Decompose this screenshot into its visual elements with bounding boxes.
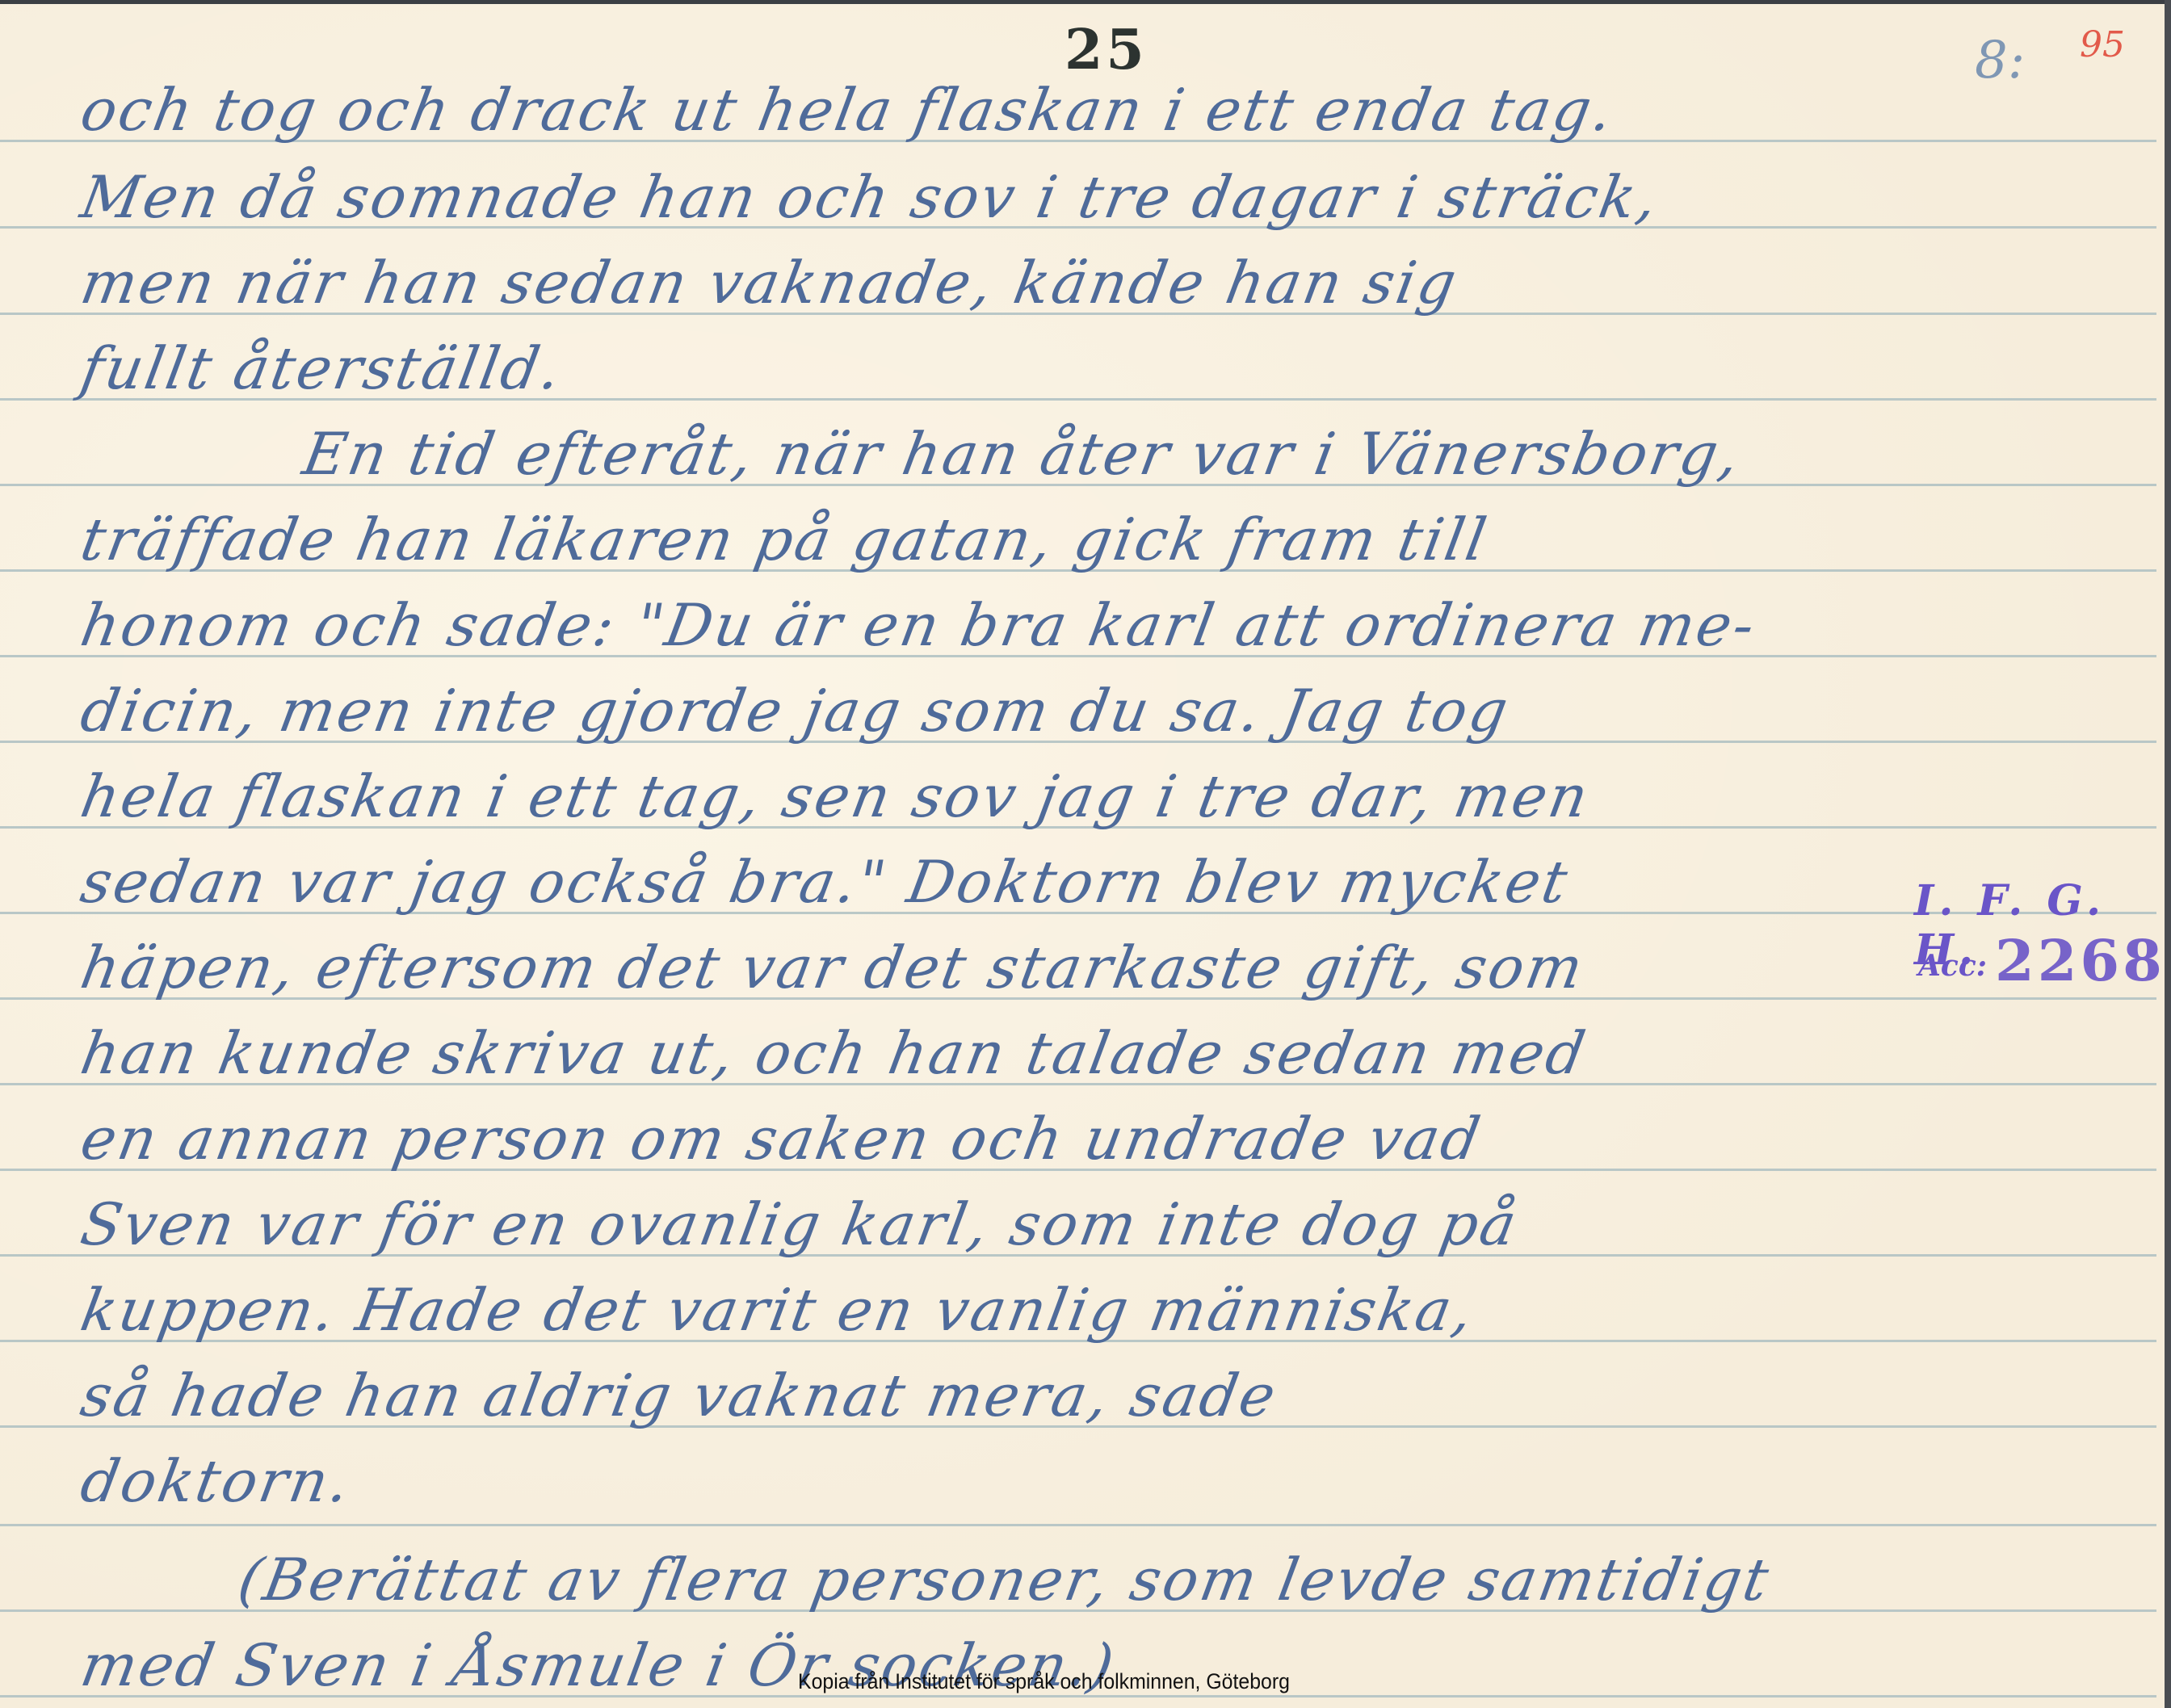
handwritten-line: Sven var för en ovanlig karl, som inte d… bbox=[77, 1195, 1522, 1253]
archive-mark: 8: bbox=[1975, 31, 2025, 90]
rule-line bbox=[0, 1524, 2156, 1526]
handwritten-line: (Berättat av flera personer, som levde s… bbox=[234, 1551, 1775, 1609]
handwritten-line: Men då somnade han och sov i tre dagar i… bbox=[77, 168, 1664, 226]
handwritten-line: sedan var jag också bra." Doktorn blev m… bbox=[77, 853, 1573, 911]
handwritten-line: en annan person om saken och undrade vad bbox=[77, 1110, 1486, 1168]
handwritten-line: och tog och drack ut hela flaskan i ett … bbox=[77, 81, 1619, 139]
handwritten-line: En tid efteråt, när han åter var i Väner… bbox=[299, 425, 1746, 483]
handwritten-line: men när han sedan vaknade, kände han sig bbox=[77, 254, 1463, 312]
accession-number: 2268 bbox=[1995, 927, 2165, 994]
handwritten-line: han kunde skriva ut, och han talade seda… bbox=[77, 1024, 1591, 1082]
archive-number-red: 95 bbox=[2080, 24, 2125, 65]
accession-label: Acc: bbox=[1918, 949, 1987, 983]
handwritten-line: kuppen. Hade det varit en vanlig människ… bbox=[77, 1281, 1480, 1339]
handwritten-line: doktorn. bbox=[77, 1452, 356, 1510]
handwritten-line: häpen, eftersom det var det starkaste gi… bbox=[77, 938, 1589, 997]
page-number: 25 bbox=[1065, 18, 1148, 82]
handwritten-line: så hade han aldrig vaknat mera, sade bbox=[77, 1366, 1282, 1425]
handwritten-line: honom och sade: "Du är en bra karl att o… bbox=[77, 596, 1761, 654]
handwritten-line: hela flaskan i ett tag, sen sov jag i tr… bbox=[77, 767, 1594, 825]
handwritten-line: träffade han läkaren på gatan, gick fram… bbox=[77, 510, 1493, 569]
scan-right-edge bbox=[2165, 0, 2171, 1708]
handwritten-line: fullt återställd. bbox=[77, 339, 567, 397]
handwritten-line: dicin, men inte gjorde jag som du sa. Ja… bbox=[77, 682, 1514, 740]
copy-watermark: Kopia från Institutet för språk och folk… bbox=[798, 1669, 1290, 1694]
